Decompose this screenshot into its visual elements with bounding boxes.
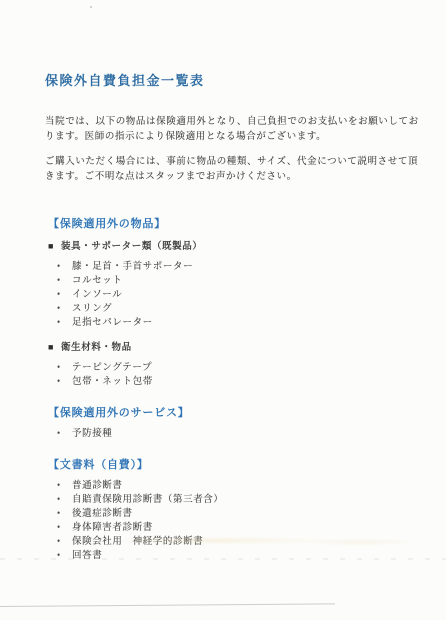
list-item-label: 普通診断書	[72, 481, 123, 491]
list-item: •予防接種	[57, 427, 420, 441]
bullet-icon: •	[57, 316, 72, 329]
subsection-braces-supporters: ■装具・サポーター類（既製品）	[48, 238, 420, 252]
bullet-icon: •	[57, 361, 72, 374]
service-item-list: •予防接種	[45, 427, 420, 441]
subsection-hygiene-materials: ■衛生材料・物品	[48, 339, 420, 353]
bullet-icon: •	[57, 479, 72, 492]
page-title: 保険外自費負担金一覧表	[45, 70, 420, 89]
list-item-label: テーピングテープ	[72, 363, 152, 373]
supporter-item-list: •膝・足首・手首サポーター •コルセット •インソール •スリング •足指セパレ…	[45, 260, 420, 330]
list-item: •テーピングテープ	[57, 361, 420, 375]
section-heading-non-covered-items: 【保険適用外の物品】	[48, 215, 420, 231]
list-item: •普通診断書	[57, 479, 420, 493]
list-item-label: 自賠責保険用診断書（第三者含）	[72, 495, 224, 505]
list-item-label: コルセット	[72, 276, 123, 286]
intro-paragraph-1: 当院では、以下の物品は保険適用外となり、自己負担でのお支払いをお願いしております…	[45, 115, 420, 144]
list-item: •コルセット	[57, 274, 420, 288]
list-item-label: 後遺症診断書	[72, 509, 133, 519]
scanned-document: { "colors": { "title_blue": "#2d6ca3", "…	[0, 0, 446, 620]
list-item: •インソール	[57, 288, 420, 302]
bullet-icon: •	[57, 521, 72, 534]
list-item-label: 予防接種	[72, 429, 112, 439]
list-item: •身体障害者診断書	[57, 521, 420, 535]
list-item: •包帯・ネット包帯	[57, 375, 420, 389]
scan-speck-artifact	[90, 6, 92, 8]
bullet-icon: •	[57, 274, 72, 287]
list-item: •回答書	[57, 549, 420, 563]
subsection-label: 衛生材料・物品	[61, 342, 132, 353]
list-item-label: 膝・足首・手首サポーター	[72, 262, 193, 272]
list-item: •スリング	[57, 302, 420, 316]
section-heading-document-fees: 【文書料（自費）】	[48, 456, 420, 472]
hygiene-item-list: •テーピングテープ •包帯・ネット包帯	[45, 361, 420, 389]
bullet-icon: •	[57, 427, 72, 440]
document-fee-item-list: •普通診断書 •自賠責保険用診断書（第三者含） •後遺症診断書 •身体障害者診断…	[45, 479, 420, 563]
list-item-label: インソール	[72, 290, 122, 300]
bullet-icon: •	[57, 493, 72, 506]
bullet-icon: •	[57, 375, 72, 388]
list-item-label: 身体障害者診断書	[72, 523, 153, 533]
scan-noise-artifact	[0, 558, 446, 560]
list-item: •膝・足首・手首サポーター	[57, 260, 420, 274]
list-item-label: 足指セパレーター	[72, 318, 153, 328]
list-item-label: スリング	[72, 304, 112, 314]
square-bullet-icon: ■	[48, 342, 54, 352]
list-item: •自賠責保険用診断書（第三者含）	[57, 493, 420, 507]
scan-smudge-artifact	[300, 538, 420, 546]
list-item-label: 包帯・ネット包帯	[72, 377, 153, 387]
section-heading-non-covered-services: 【保険適用外のサービス】	[48, 404, 420, 420]
intro-paragraph-2: ご購入いただく場合には、事前に物品の種類、サイズ、代金について説明させて頂きます…	[45, 155, 420, 184]
document-page: 保険外自費負担金一覧表 当院では、以下の物品は保険適用外となり、自己負担でのお支…	[0, 0, 446, 620]
list-item: •後遺症診断書	[57, 507, 420, 521]
square-bullet-icon: ■	[48, 241, 54, 251]
bullet-icon: •	[57, 260, 72, 273]
bullet-icon: •	[57, 302, 72, 315]
subsection-label: 装具・サポーター類（既製品）	[61, 241, 202, 252]
bullet-icon: •	[57, 288, 72, 301]
bullet-icon: •	[57, 535, 72, 548]
list-item: •足指セパレーター	[57, 316, 420, 330]
bullet-icon: •	[57, 507, 72, 520]
